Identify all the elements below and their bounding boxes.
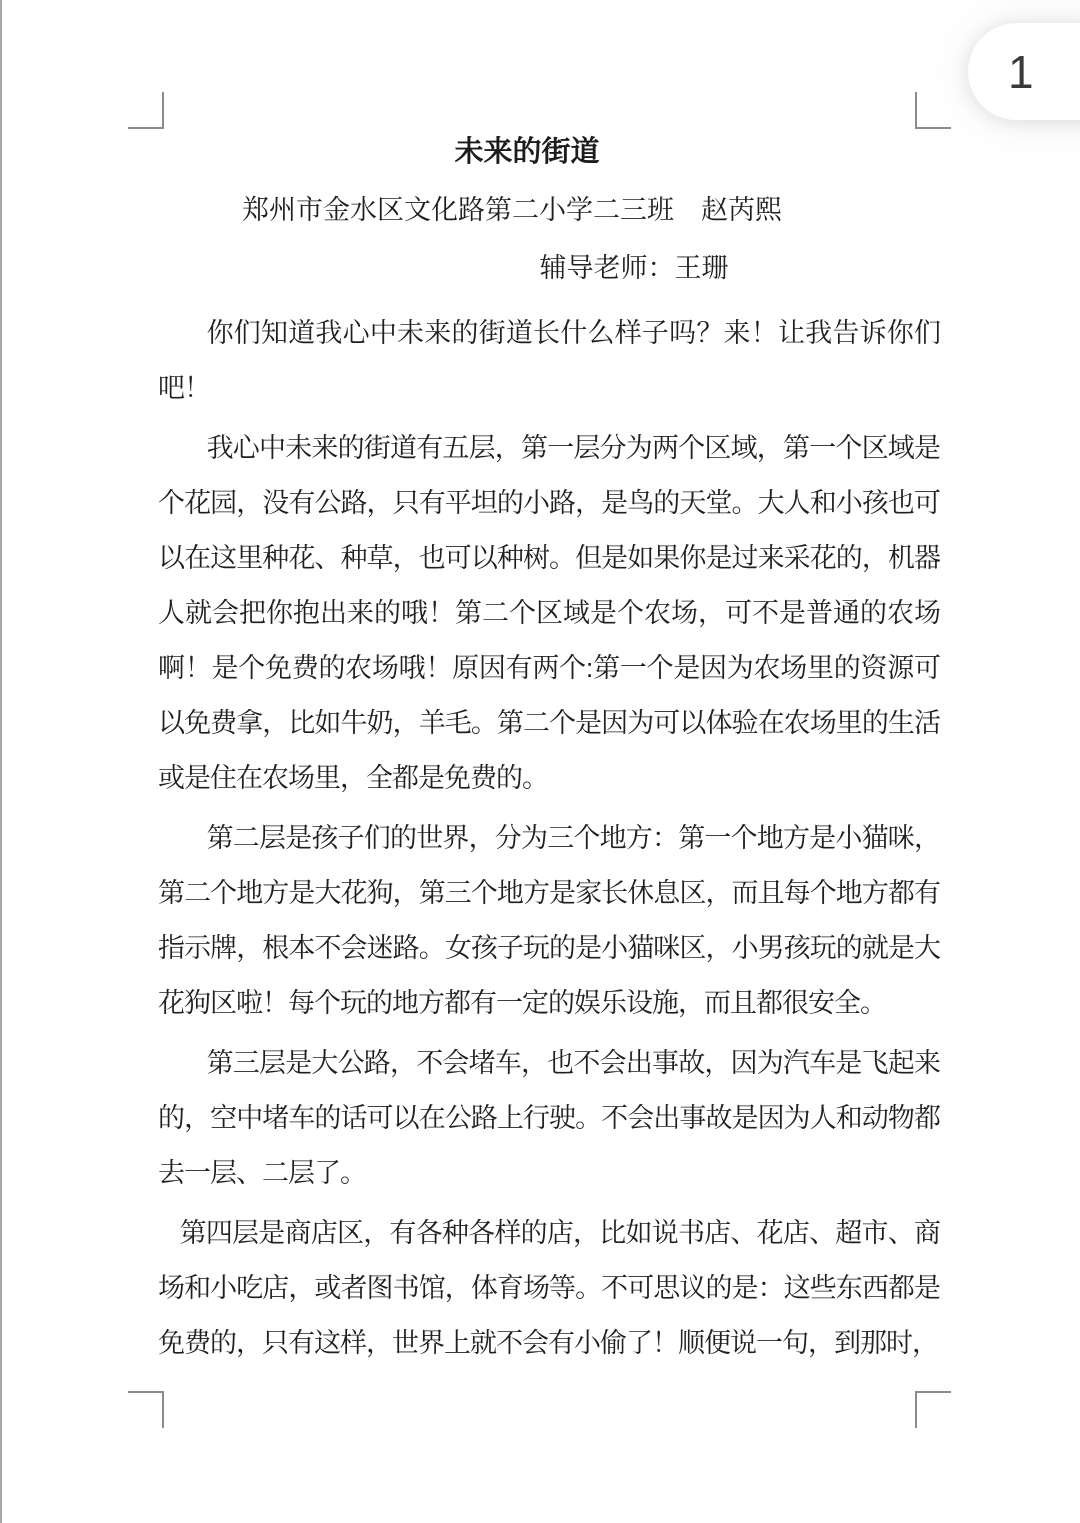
essay-paragraph-5: 第四层是商店区，有各种各样的店，比如说书店、花店、超市、商场和小吃店，或者图书馆…	[158, 1206, 940, 1371]
essay-title: 未来的街道	[136, 132, 918, 172]
crop-mark-bottom-right-icon	[915, 1391, 951, 1428]
page-number: 1	[1008, 49, 1034, 95]
essay-byline: 郑州市金水区文化路第二小学二三班 赵芮熙	[121, 188, 903, 232]
essay-tutor-line: 辅导老师：王珊	[243, 246, 1025, 290]
crop-mark-top-left-icon	[128, 92, 164, 129]
document-page: 1 未来的街道 郑州市金水区文化路第二小学二三班 赵芮熙 辅导老师：王珊 你们知…	[0, 0, 1080, 1523]
essay-paragraph-4: 第三层是大公路，不会堵车，也不会出事故，因为汽车是飞起来的，空中堵车的话可以在公…	[158, 1036, 940, 1201]
essay-paragraph-2: 我心中未来的街道有五层，第一层分为两个区域，第一个区域是个花园，没有公路，只有平…	[158, 421, 940, 806]
essay-body: 你们知道我心中未来的街道长什么样子吗？来！让我告诉你们吧！ 我心中未来的街道有五…	[158, 306, 940, 1371]
page-number-badge: 1	[968, 23, 1080, 120]
essay-content: 未来的街道 郑州市金水区文化路第二小学二三班 赵芮熙 辅导老师：王珊 你们知道我…	[158, 132, 940, 1376]
crop-mark-bottom-left-icon	[128, 1391, 164, 1428]
crop-mark-top-right-icon	[915, 92, 951, 129]
essay-paragraph-1: 你们知道我心中未来的街道长什么样子吗？来！让我告诉你们吧！	[158, 306, 940, 416]
essay-paragraph-3: 第二层是孩子们的世界，分为三个地方：第一个地方是小猫咪，第二个地方是大花狗，第三…	[158, 811, 940, 1031]
left-edge-divider	[0, 0, 2, 1523]
